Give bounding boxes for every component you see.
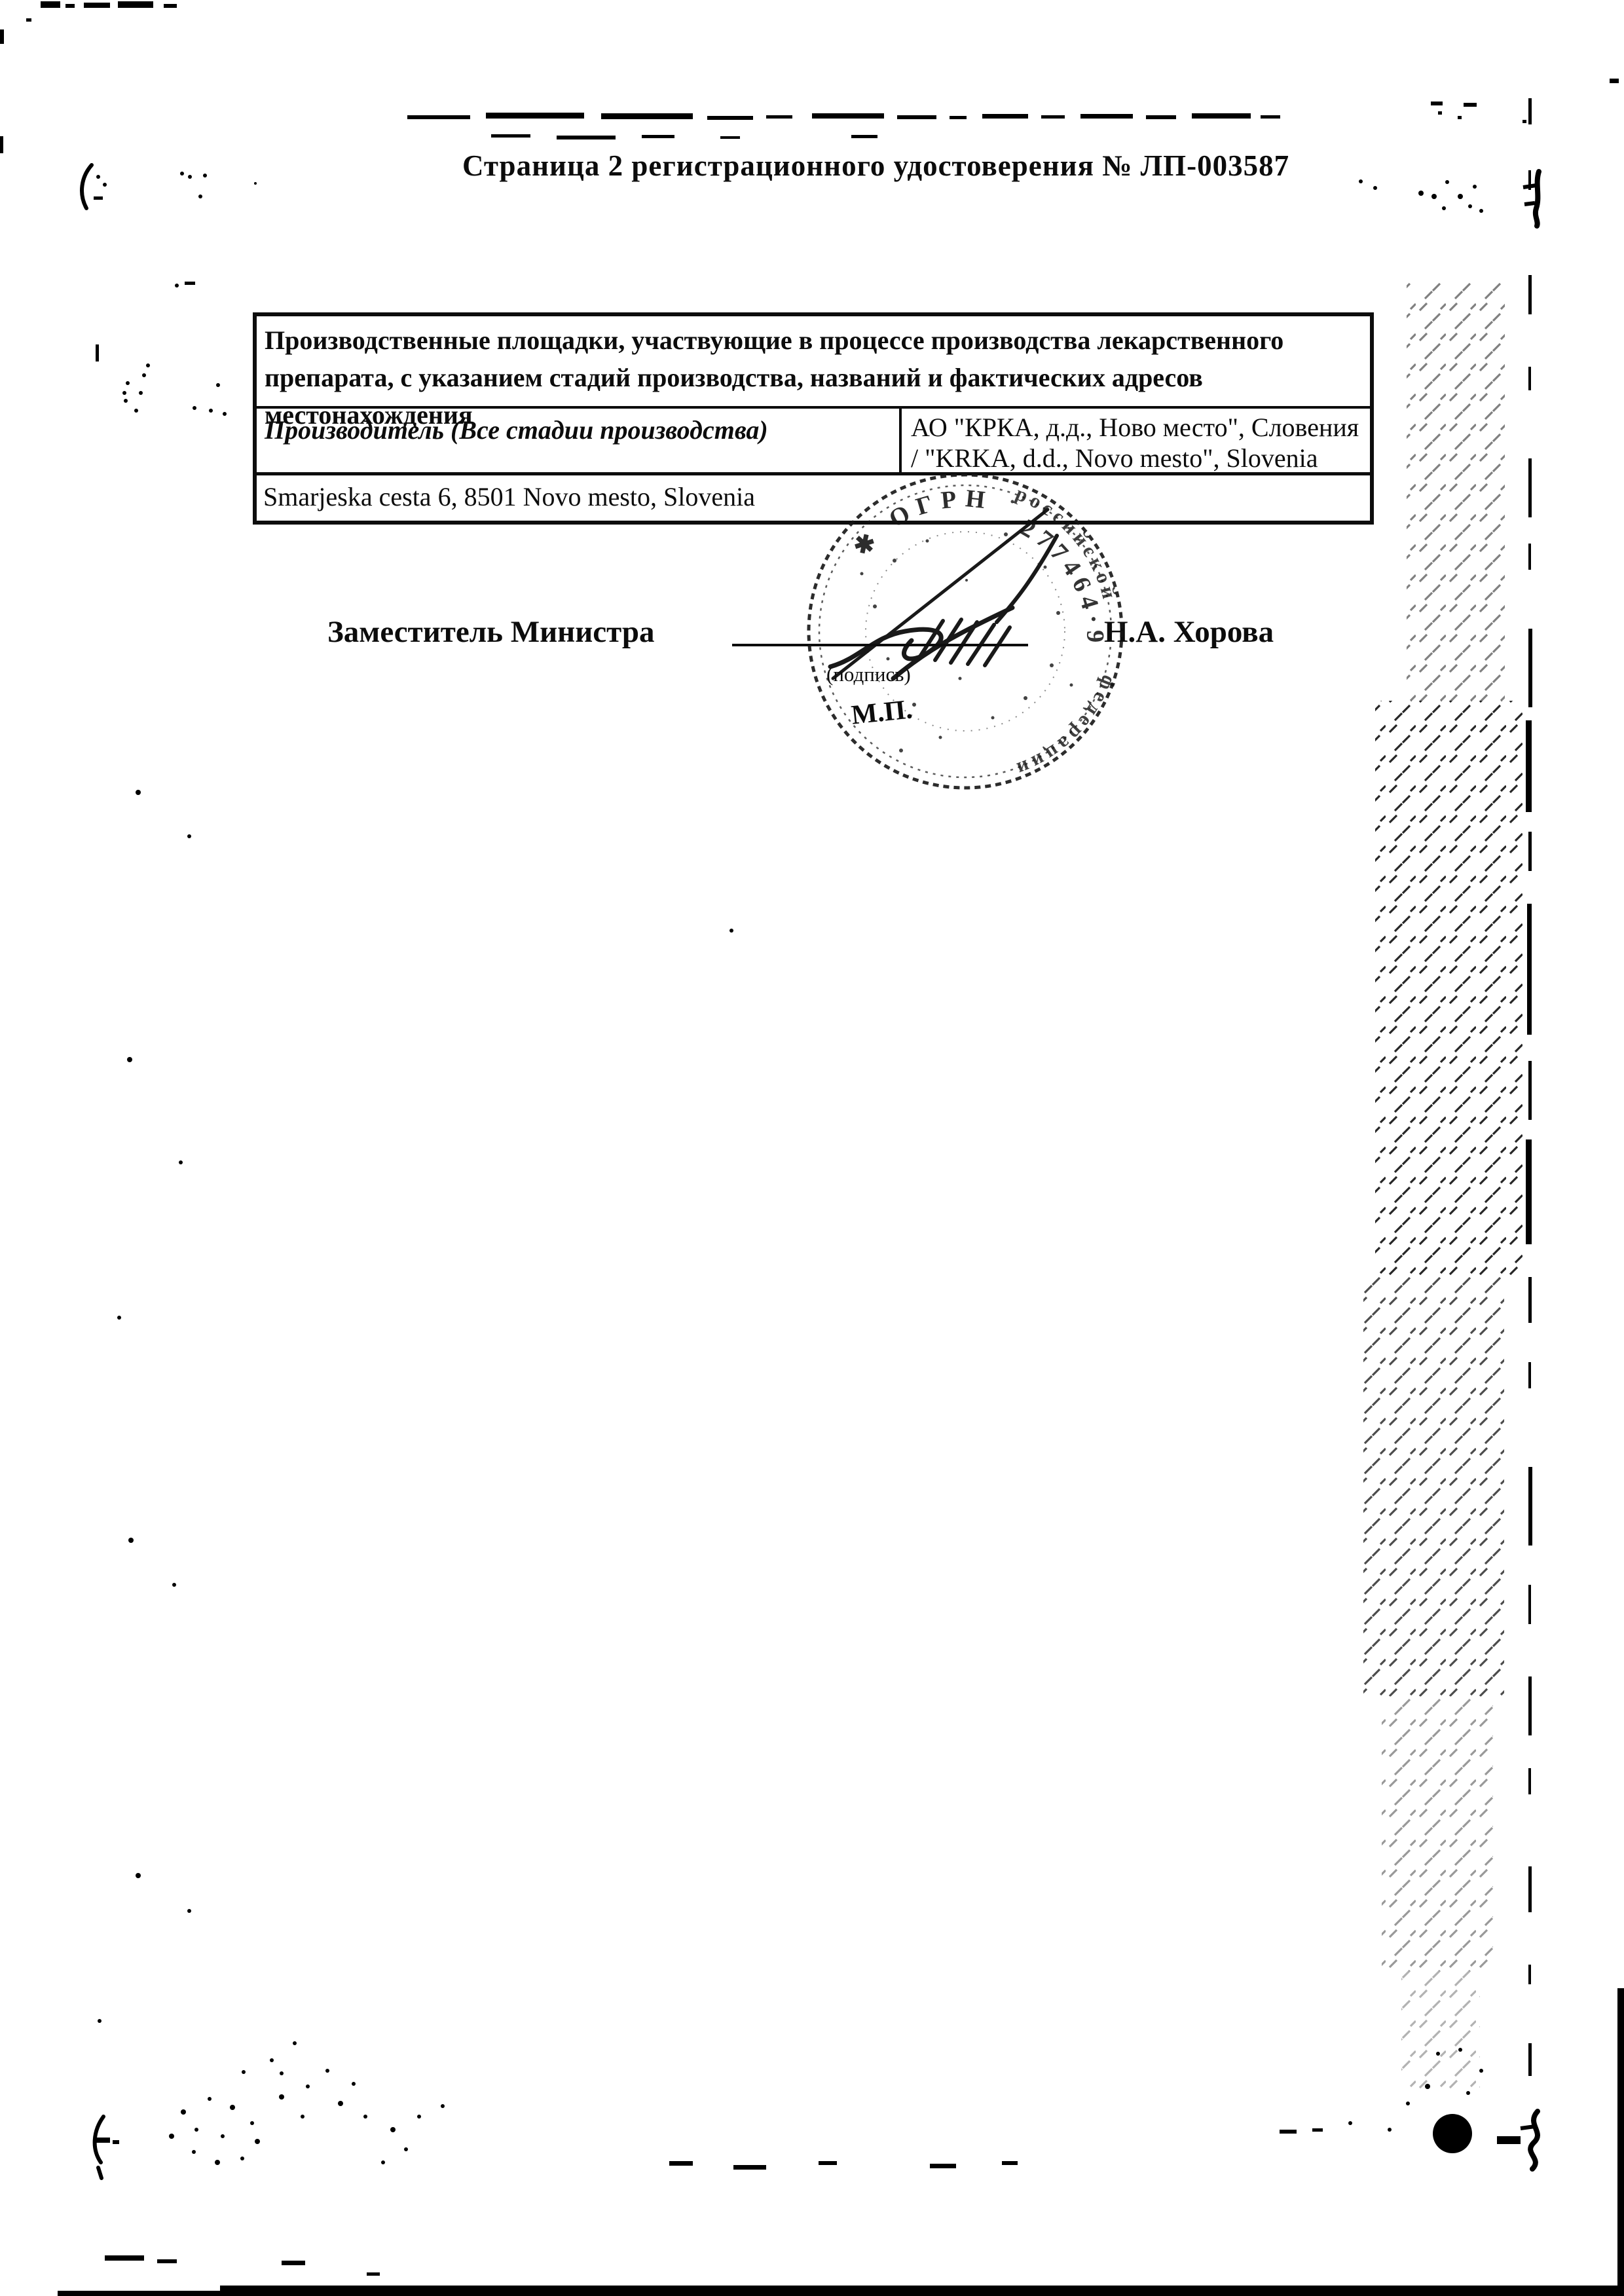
top-edge-marks xyxy=(0,1,177,153)
top-dashed-rule xyxy=(407,113,1280,139)
page-edge-bars xyxy=(58,1988,1624,2296)
right-dashed-vertical-line xyxy=(1526,98,1532,2076)
scan-artifacts-layer xyxy=(0,0,1624,2296)
scanned-document-page: Страница 2 регистрационного удостоверени… xyxy=(0,0,1624,2296)
bottom-center-dashes xyxy=(669,2161,1018,2170)
bottom-left-marks xyxy=(95,2041,445,2276)
right-noise-bands xyxy=(1363,282,1522,2089)
punch-hole-dot xyxy=(1433,2114,1472,2153)
top-right-marks xyxy=(1359,79,1619,226)
left-margin-specks xyxy=(82,165,733,2023)
